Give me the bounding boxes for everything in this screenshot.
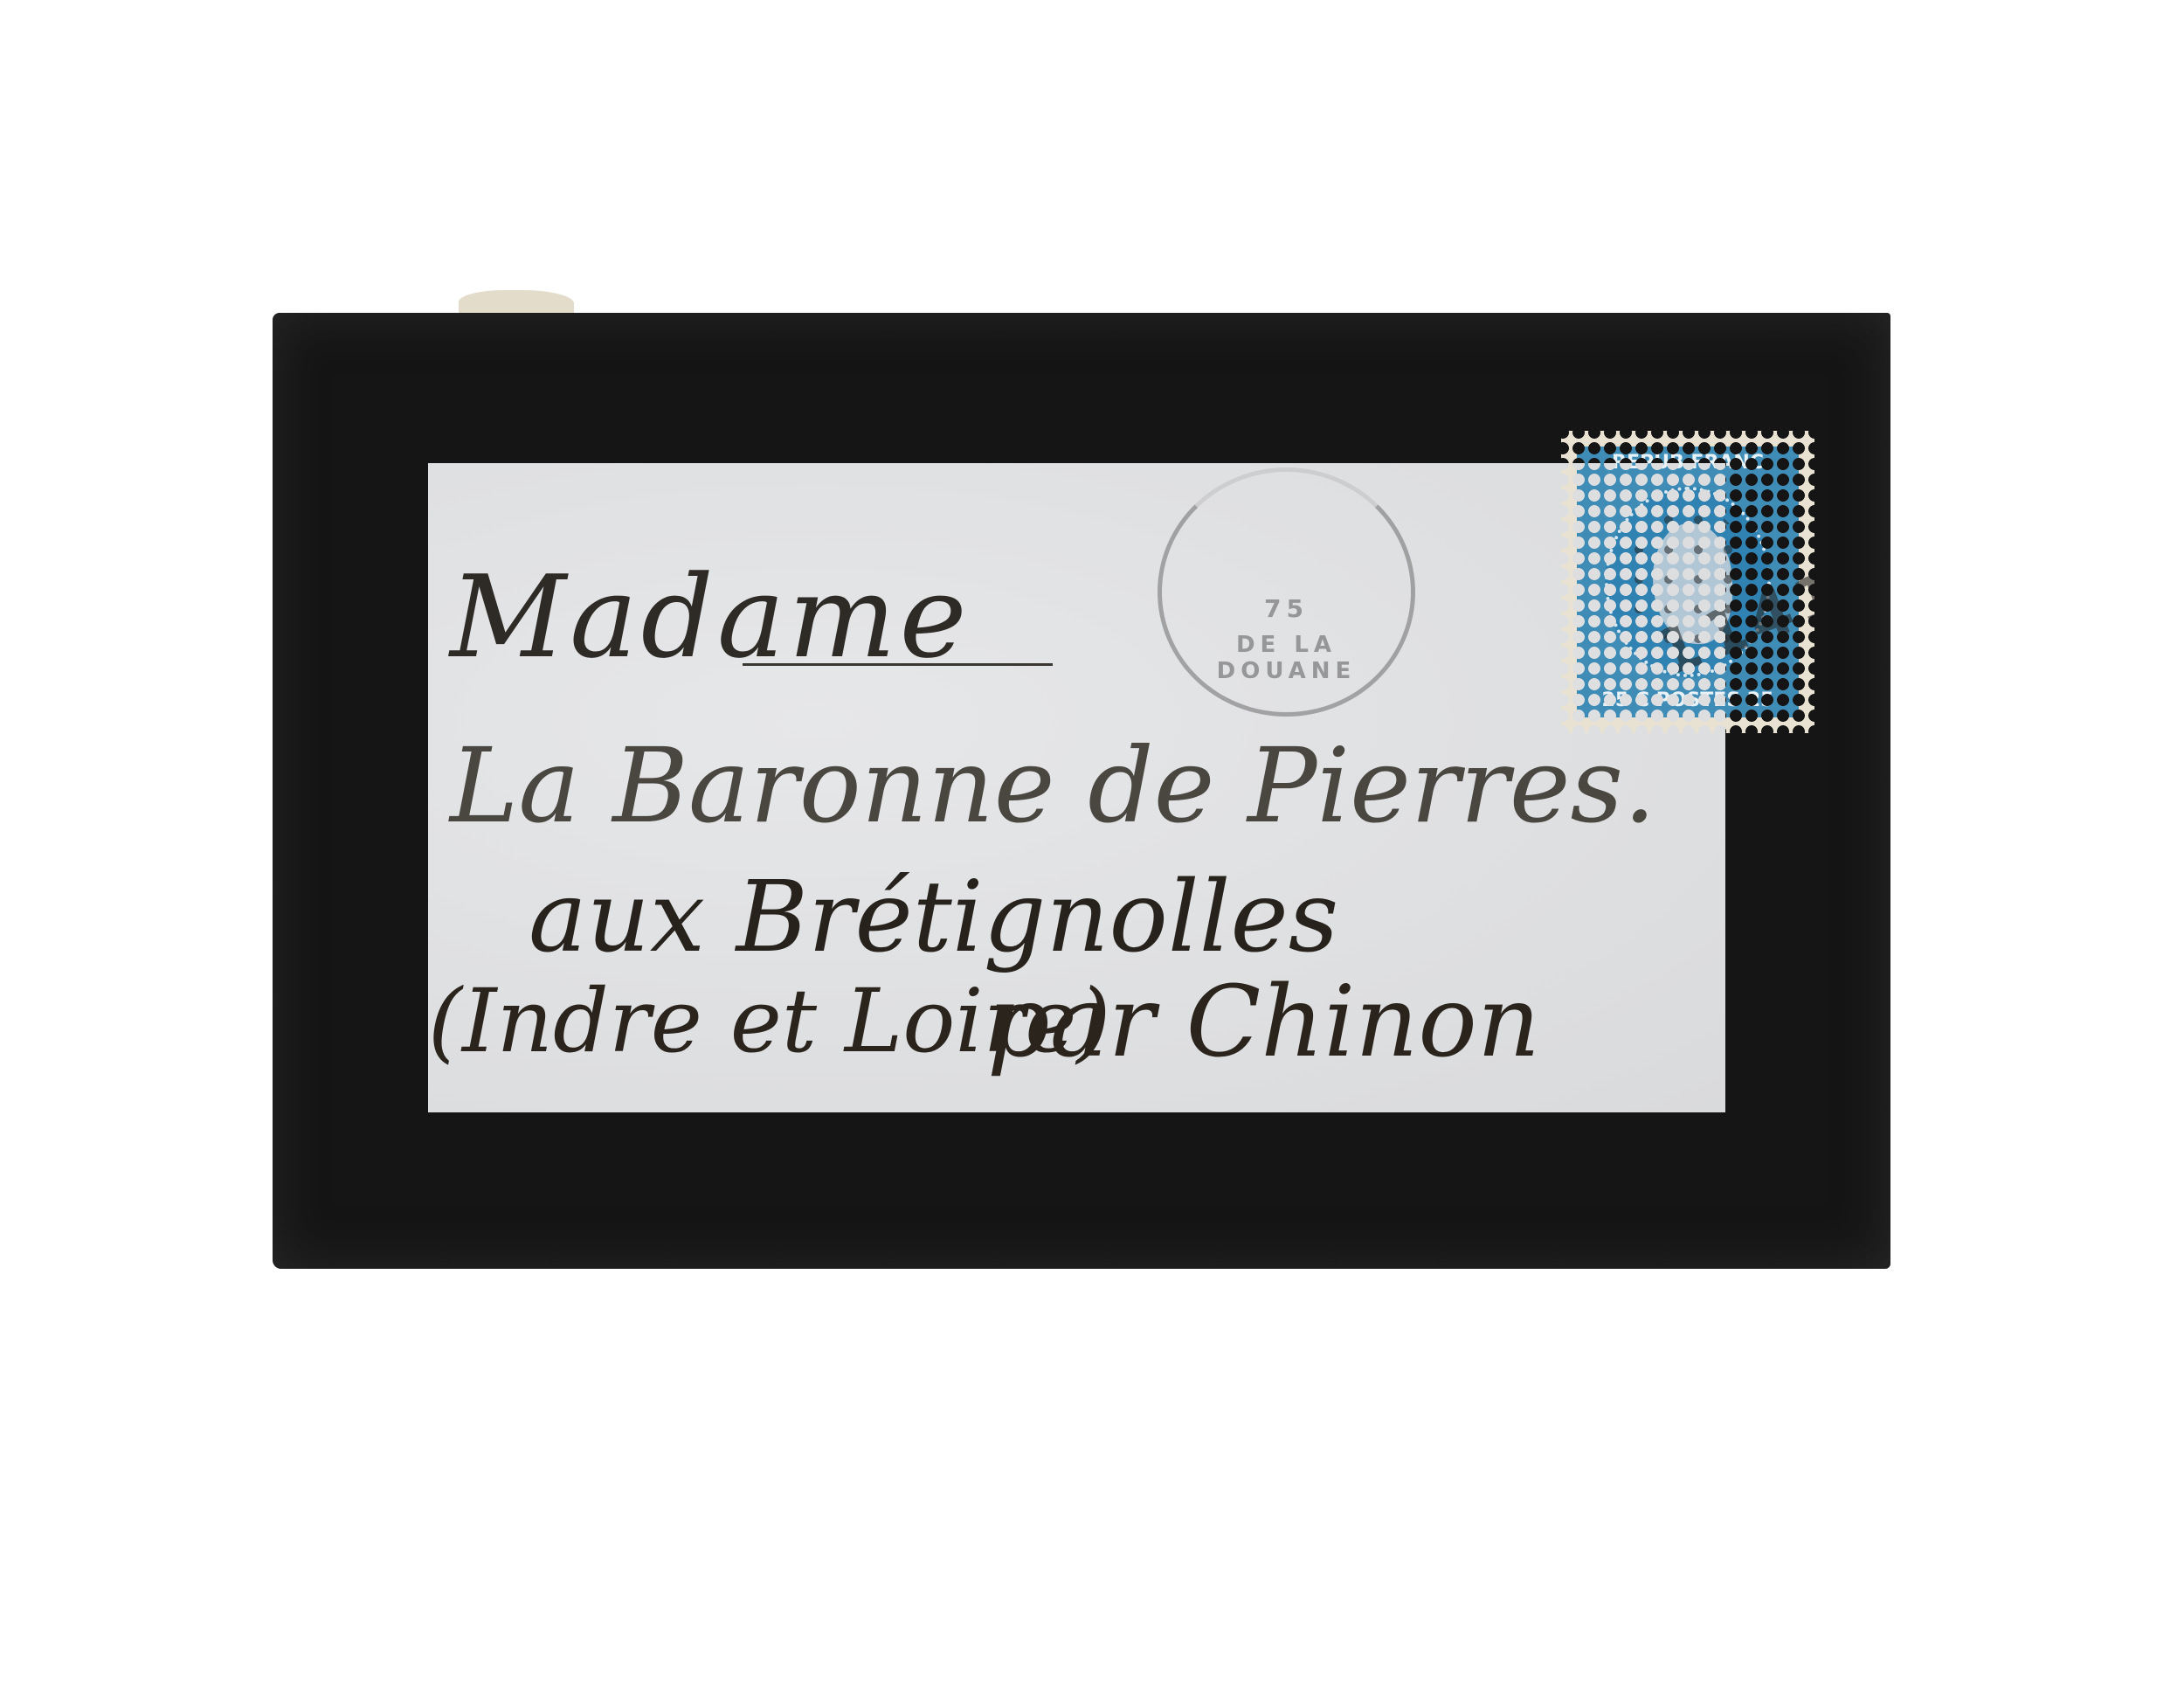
postmark-year: 75 — [1162, 594, 1411, 623]
address-panel: 75 DE LA DOUANE Madame La Baronne de Pie… — [428, 463, 1725, 1112]
stamp-design: REPUB FRANC 1141 25 C POSTES 25 — [1577, 447, 1799, 717]
ceres-medallion: 1141 — [1605, 487, 1771, 677]
salutation-underline — [743, 663, 1053, 666]
address-locality: aux Brétignolles — [529, 861, 1338, 974]
postmark: 75 DE LA DOUANE — [1158, 467, 1415, 717]
mourning-envelope: 75 DE LA DOUANE Madame La Baronne de Pie… — [273, 313, 1890, 1269]
stamp-value-text: 25 C POSTES 25 — [1577, 686, 1799, 716]
address-post-town: par Chinon — [987, 966, 1540, 1079]
stamp-top-text: REPUB FRANC — [1577, 448, 1799, 478]
postmark-bottom-text: DE LA DOUANE — [1162, 632, 1411, 684]
postage-stamp: REPUB FRANC 1141 25 C POSTES 25 — [1561, 431, 1814, 733]
address-recipient: La Baronne de Pierres. — [450, 725, 1656, 846]
